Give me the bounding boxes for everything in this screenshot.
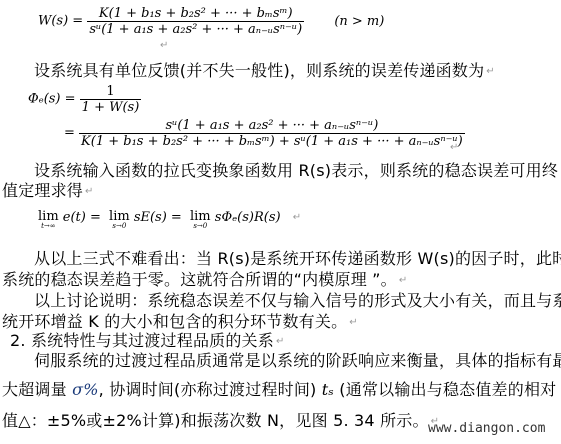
heading-text: 2. 系统特性与其过渡过程品质的关系 (10, 331, 274, 350)
limit-expr-1: e(t) = (63, 210, 101, 225)
limit-2: lim s→0 (109, 211, 130, 230)
equation-w-denominator: sᵘ(1 + a₁s + a₂s² + ··· + aₙ₋ᵤsⁿ⁻ᵘ) (87, 22, 304, 37)
limit-1: lim t→∞ (38, 211, 59, 230)
equation-phi-expanded-denominator: K(1 + b₁s + b₂s² + ··· + bₘsᵐ) + sᵘ(1 + … (79, 134, 465, 149)
paragraph-text: , 协调时间(亦称过渡过程时间) (99, 380, 322, 399)
equation-w-fraction: K(1 + b₁s + b₂s² + ··· + bₘsᵐ) sᵘ(1 + a₁… (87, 6, 304, 37)
equation-limit: lim t→∞ e(t) = lim s→0 sE(s) = lim s→0 s… (38, 211, 301, 230)
paragraph-text: 值定理求得 (2, 181, 83, 200)
paragraph-transient-line1: 伺服系统的过渡过程品质通常是以系统的阶跃响应来衡量，具体的指标有最 (34, 351, 561, 371)
equation-w-condition: (n > m) (334, 14, 384, 29)
equation-phi-numerator: 1 (80, 84, 142, 100)
paragraph-text: 统开环增益 K 的大小和包含的积分环节数有关。 (2, 312, 347, 331)
return-mark: ↵ (160, 40, 168, 51)
limit-expr-2: sE(s) = (134, 210, 182, 225)
equation-phi-lhs: Φₑ(s) = (28, 92, 76, 107)
paragraph-discussion-line2: 统开环增益 K 的大小和包含的积分环节数有关。↵ (2, 312, 358, 333)
return-mark: ↵ (450, 142, 458, 153)
equation-phi-denominator: 1 + W(s) (80, 100, 142, 115)
paragraph-text: 值△：±5%或±2%计算)和振荡次数 N，见图 5. 34 所示。 (2, 411, 429, 430)
paragraph-transient-line2: 大超调量 σ%, 协调时间(亦称过渡过程时间) tₛ (通常以输出与稳态值差的相… (2, 380, 556, 400)
equation-w-s: W(s) = K(1 + b₁s + b₂s² + ··· + bₘsᵐ) sᵘ… (38, 6, 384, 37)
return-mark: ↵ (276, 336, 285, 347)
limit-3: lim s→0 (190, 211, 211, 230)
lim-subscript: s→0 (109, 223, 130, 230)
paragraph-error-transfer-intro: 设系统具有单位反馈(并不失一般性)，则系统的误差传递函数为↵ (34, 61, 495, 82)
paragraph-text: 从以上三式不难看出：当 R(s)是系统开环传递函数形 W(s)的因子时，此时 (34, 249, 561, 268)
lim-subscript: t→∞ (38, 223, 59, 230)
limit-expr-3: sΦₑ(s)R(s) (215, 210, 281, 225)
paragraph-transient-line3: 值△：±5%或±2%计算)和振荡次数 N，见图 5. 34 所示。↵ (2, 411, 439, 432)
return-mark: ↵ (349, 317, 358, 328)
paragraph-text: 伺服系统的过渡过程品质通常是以系统的阶跃响应来衡量，具体的指标有最 (34, 351, 561, 370)
paragraph-laplace-line1: 设系统输入函数的拉氏变换象函数用 R(s)表示，则系统的稳态误差可用终 (34, 161, 558, 181)
paragraph-text: 设系统具有单位反馈(并不失一般性)，则系统的误差传递函数为 (34, 61, 484, 80)
paragraph-text: 系统的稳态误差趋于零。这就符合所谓的“内模原理 ”。 (2, 270, 397, 289)
equation-phi-e: Φₑ(s) = 1 1 + W(s) (28, 84, 141, 115)
overshoot-symbol: σ% (72, 380, 99, 399)
equation-phi-expanded-eq: = (64, 126, 75, 141)
equation-w-numerator: K(1 + b₁s + b₂s² + ··· + bₘsᵐ) (87, 6, 304, 22)
paragraph-internal-model-line1: 从以上三式不难看出：当 R(s)是系统开环传递函数形 W(s)的因子时，此时 (34, 249, 561, 269)
equation-phi-expanded: = sᵘ(1 + a₁s + a₂s² + ··· + aₙ₋ᵤsⁿ⁻ᵘ) K(… (64, 118, 465, 149)
equation-phi-fraction: 1 1 + W(s) (80, 84, 142, 115)
paragraph-discussion-line1: 以上讨论说明：系统稳态误差不仅与输入信号的形式及大小有关，而且与系 (34, 291, 561, 311)
return-mark: ↵ (85, 186, 94, 197)
paragraph-text: (通常以输出与稳态值差的相对 (334, 380, 556, 399)
paragraph-text: 设系统输入函数的拉氏变换象函数用 R(s)表示，则系统的稳态误差可用终 (34, 161, 558, 180)
lim-subscript: s→0 (190, 223, 211, 230)
equation-w-lhs: W(s) = (38, 14, 83, 29)
settling-time-symbol: tₛ (322, 380, 334, 399)
equation-phi-expanded-fraction: sᵘ(1 + a₁s + a₂s² + ··· + aₙ₋ᵤsⁿ⁻ᵘ) K(1 … (79, 118, 465, 149)
watermark: www.diangon.com (428, 421, 545, 436)
equation-phi-expanded-numerator: sᵘ(1 + a₁s + a₂s² + ··· + aₙ₋ᵤsⁿ⁻ᵘ) (79, 118, 465, 134)
paragraph-laplace-line2: 值定理求得↵ (2, 181, 94, 202)
paragraph-text: 大超调量 (2, 380, 72, 399)
section-heading-2: 2. 系统特性与其过渡过程品质的关系↵ (10, 331, 285, 352)
return-mark: ↵ (486, 66, 495, 77)
return-mark: ↵ (293, 212, 301, 223)
paragraph-text: 以上讨论说明：系统稳态误差不仅与输入信号的形式及大小有关，而且与系 (34, 291, 561, 310)
paragraph-internal-model-line2: 系统的稳态误差趋于零。这就符合所谓的“内模原理 ”。↵ (2, 270, 407, 291)
return-mark: ↵ (399, 275, 408, 286)
